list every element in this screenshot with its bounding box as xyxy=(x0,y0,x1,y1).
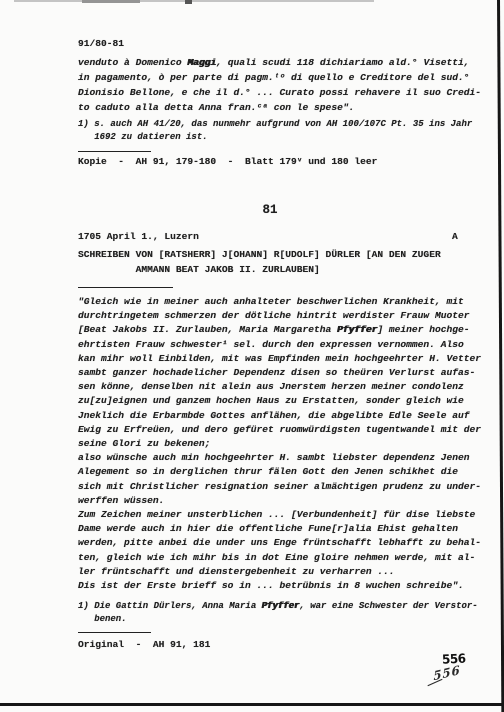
scan-bottom-edge xyxy=(0,703,504,706)
heading-separator xyxy=(78,287,173,288)
carryover-bold-name: Maggi xyxy=(187,57,216,68)
letter-bold-name: Pfyffer xyxy=(337,324,377,335)
scanned-document-page: 91/80-81 venduto à Domenico Maggi, quali… xyxy=(0,0,504,712)
source-line-copy: Kopie - AH 91, 179-180 - Blatt 179ᵛ und … xyxy=(78,155,377,169)
carryover-text-start: venduto à Domenico xyxy=(78,57,187,68)
scan-right-edge xyxy=(497,0,504,712)
footnote-bottom-text-start: 1) Die Gattin Dürlers, Anna Maria xyxy=(78,601,262,611)
footnote-top: 1) s. auch AH 41/20, das nunmehr aufgrun… xyxy=(78,118,472,144)
carryover-passage: venduto à Domenico Maggi, quali scudi 11… xyxy=(78,56,481,116)
footnote-bottom: 1) Die Gattin Dürlers, Anna Maria Pfyffe… xyxy=(78,600,478,626)
footnote-bottom-bold-name: Pfyffer xyxy=(262,601,300,611)
footnote-separator-top xyxy=(78,151,151,152)
entry-dateline: 1705 April 1., Luzern xyxy=(78,230,199,244)
footnote-separator-bottom xyxy=(78,632,151,633)
source-line-original: Original - AH 91, 181 xyxy=(78,638,210,652)
letter-text-end: ] meiner hochge- ehrtisten Frauw schwest… xyxy=(78,324,481,591)
scan-top-edge xyxy=(14,0,374,2)
entry-number: 81 xyxy=(240,203,300,217)
running-head: 91/80-81 xyxy=(78,37,124,51)
entry-heading: SCHREIBEN VON [RATSHERR] J[OHANN] R[UDOL… xyxy=(78,248,441,277)
scan-top-edge-tick xyxy=(185,0,192,4)
entry-series-letter: A xyxy=(452,230,458,244)
letter-body: "Gleich wie in meiner auch anhalteter be… xyxy=(78,295,481,593)
scan-top-edge-mark xyxy=(82,0,140,3)
